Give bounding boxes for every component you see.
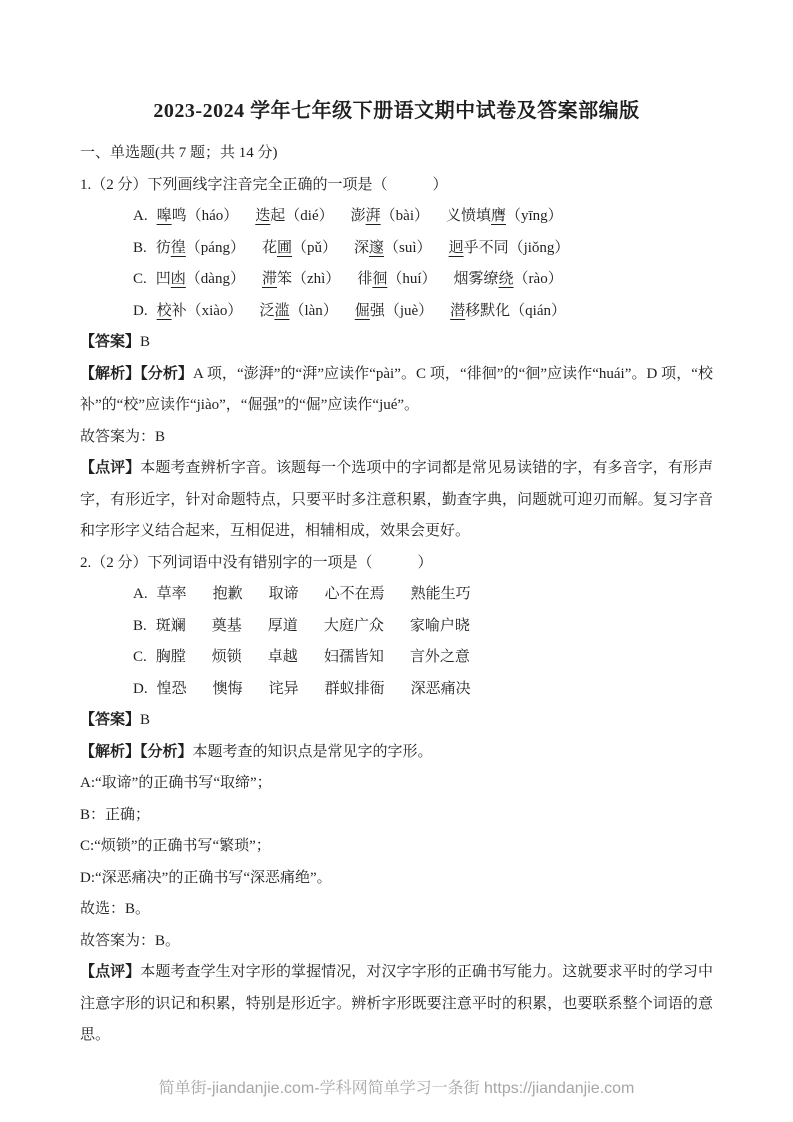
question-2-option-d: D. 惶恐懊悔诧异群蚁排衙深恶痛决: [133, 674, 713, 706]
question-1-stem: 1.（2 分）下列画线字注音完全正确的一项是（ ）: [80, 170, 713, 202]
option-label-d: D.: [133, 674, 148, 706]
site-watermark: 简单街-jiandanjie.com-学科网简单学习一条街 https://ji…: [0, 1075, 793, 1098]
answer-label: 【答案】: [80, 712, 140, 728]
question-1-option-d: D. 校补（xiào）泛滥（làn）倔强（juè）潜移默化（qián）: [133, 296, 713, 328]
option-d-words: 惶恐懊悔诧异群蚁排衙深恶痛决: [157, 674, 471, 706]
question-2-comment: 【点评】本题考查学生对字形的掌握情况，对汉字字形的正确书写能力。这就要求平时的学…: [80, 957, 713, 1052]
option-label-d: D.: [133, 296, 148, 328]
question-1-option-a: A. 嗥鸣（háo）迭起（dié）澎湃（bài）义愤填膺（yīng）: [133, 201, 713, 233]
question-1-analysis: 【解析】【分析】A 项，“澎湃”的“湃”应读作“pài”。C 项，“徘徊”的“徊…: [80, 359, 713, 422]
question-2-analysis: 【解析】【分析】本题考查的知识点是常见字的字形。: [80, 737, 713, 769]
answer-value: B: [140, 334, 150, 350]
question-2-option-c: C. 胸膛烦锁卓越妇孺皆知言外之意: [133, 642, 713, 674]
question-2-point-d: D:“深恶痛决”的正确书写“深恶痛绝”。: [80, 863, 713, 895]
question-1-option-c: C. 凹凼（dàng）滞笨（zhì）徘徊（huí）烟雾缭绕（rào）: [133, 264, 713, 296]
option-label-a: A.: [133, 579, 148, 611]
question-2-stem: 2.（2 分）下列词语中没有错别字的一项是（ ）: [80, 548, 713, 580]
question-1-answer: 【答案】B: [80, 327, 713, 359]
question-2: 2.（2 分）下列词语中没有错别字的一项是（ ） A. 草率抱歉取谛心不在焉熟能…: [80, 548, 713, 1052]
comment-label: 【点评】: [80, 964, 140, 980]
option-a-content: 嗥鸣（háo）迭起（dié）澎湃（bài）义愤填膺（yīng）: [157, 201, 563, 233]
option-b-words: 斑斓奠基厚道大庭广众家喻户晓: [156, 611, 470, 643]
page-title: 2023-2024 学年七年级下册语文期中试卷及答案部编版: [80, 94, 713, 128]
analysis-label: 【解析】【分析】: [80, 744, 193, 760]
answer-label: 【答案】: [80, 334, 140, 350]
question-2-answer: 【答案】B: [80, 705, 713, 737]
option-d-content: 校补（xiào）泛滥（làn）倔强（juè）潜移默化（qián）: [157, 296, 566, 328]
option-label-a: A.: [133, 201, 148, 233]
question-1: 1.（2 分）下列画线字注音完全正确的一项是（ ） A. 嗥鸣（háo）迭起（d…: [80, 170, 713, 548]
question-1-option-b: B. 彷徨（páng）花圃（pǔ）深邃（suì）迥乎不同（jiǒng）: [133, 233, 713, 265]
analysis-text: 本题考查的知识点是常见字的字形。: [193, 744, 433, 760]
question-2-conclusion: 故答案为：B。: [80, 926, 713, 958]
option-a-words: 草率抱歉取谛心不在焉熟能生巧: [157, 579, 471, 611]
option-c-content: 凹凼（dàng）滞笨（zhì）徘徊（huí）烟雾缭绕（rào）: [156, 264, 563, 296]
comment-label: 【点评】: [80, 460, 140, 476]
section-header: 一、单选题(共 7 题；共 14 分): [80, 138, 713, 170]
answer-value: B: [140, 712, 150, 728]
question-2-choice: 故选：B。: [80, 894, 713, 926]
comment-text: 本题考查辨析字音。该题每一个选项中的字词都是常见易读错的字，有多音字，有形声字，…: [80, 460, 713, 539]
document-page: 2023-2024 学年七年级下册语文期中试卷及答案部编版 一、单选题(共 7 …: [0, 0, 793, 1122]
question-2-point-a: A:“取谛”的正确书写“取缔”；: [80, 768, 713, 800]
option-label-b: B.: [133, 611, 147, 643]
question-1-conclusion: 故答案为：B: [80, 422, 713, 454]
comment-text: 本题考查学生对字形的掌握情况，对汉字字形的正确书写能力。这就要求平时的学习中注意…: [80, 964, 713, 1043]
question-2-option-b: B. 斑斓奠基厚道大庭广众家喻户晓: [133, 611, 713, 643]
question-2-point-c: C:“烦锁”的正确书写“繁琐”；: [80, 831, 713, 863]
option-label-c: C.: [133, 642, 147, 674]
option-label-b: B.: [133, 233, 147, 265]
option-label-c: C.: [133, 264, 147, 296]
option-b-content: 彷徨（páng）花圃（pǔ）深邃（suì）迥乎不同（jiǒng）: [156, 233, 570, 265]
analysis-label: 【解析】【分析】: [80, 366, 193, 382]
question-2-point-b: B：正确；: [80, 800, 713, 832]
option-c-words: 胸膛烦锁卓越妇孺皆知言外之意: [156, 642, 470, 674]
question-2-option-a: A. 草率抱歉取谛心不在焉熟能生巧: [133, 579, 713, 611]
question-1-comment: 【点评】本题考查辨析字音。该题每一个选项中的字词都是常见易读错的字，有多音字，有…: [80, 453, 713, 548]
